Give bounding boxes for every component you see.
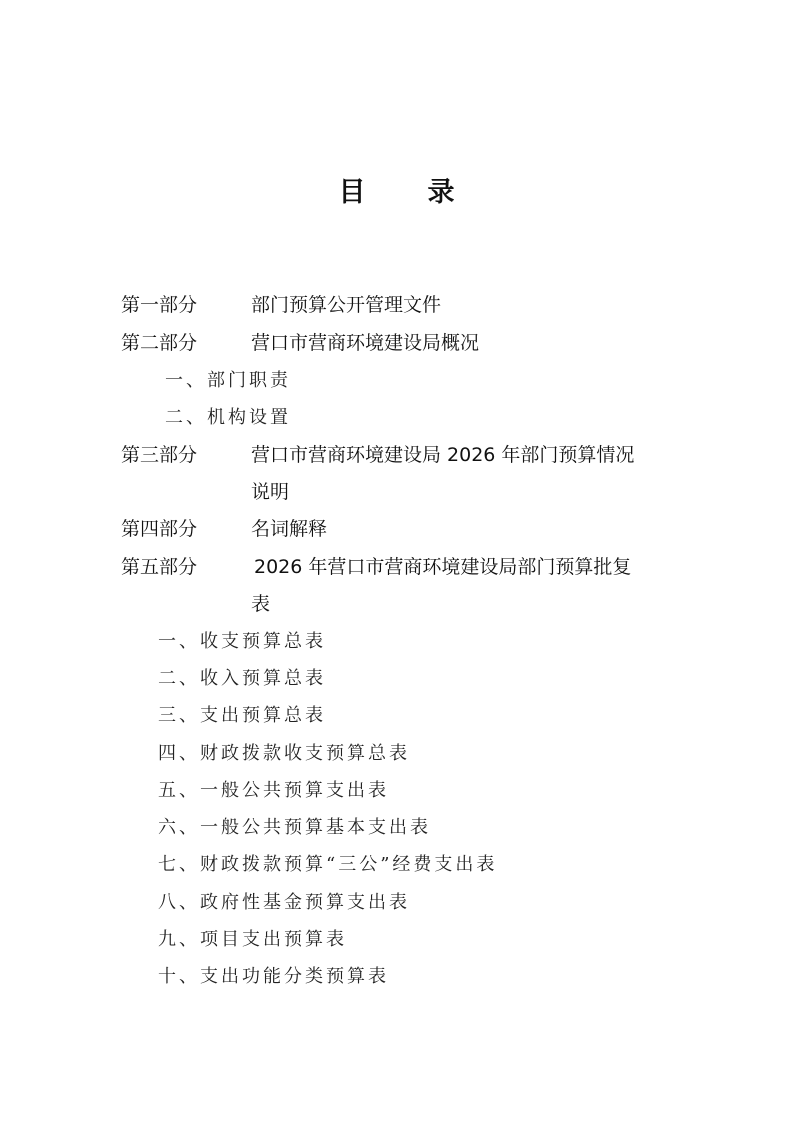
toc-subentry[interactable]: 一、部门职责 — [165, 362, 291, 399]
toc-part-label: 第二部分 — [121, 324, 251, 362]
toc-part-label: 第四部分 — [121, 510, 251, 548]
toc-part-label: 第五部分 — [121, 548, 251, 586]
toc-entry-part-5-continued[interactable]: 表 — [121, 585, 681, 623]
toc-subentry[interactable]: 三、支出预算总表 — [158, 697, 326, 734]
toc-subentry[interactable]: 一、收支预算总表 — [158, 623, 326, 660]
toc-subentry[interactable]: 四、财政拨款收支预算总表 — [158, 735, 410, 772]
toc-subentry[interactable]: 八、政府性基金预算支出表 — [158, 884, 410, 921]
toc-entry-part-4[interactable]: 第四部分名词解释 — [121, 510, 681, 548]
toc-entry-part-5[interactable]: 第五部分2026 年营口市营商环境建设局部门预算批复 — [121, 548, 684, 586]
toc-subentry[interactable]: 二、机构设置 — [165, 399, 291, 436]
toc-subentry[interactable]: 七、财政拨款预算“三公”经费支出表 — [158, 846, 497, 883]
toc-entry-part-3[interactable]: 第三部分营口市营商环境建设局 2026 年部门预算情况 — [121, 436, 681, 474]
toc-part-text-continued: 说明 — [251, 473, 681, 511]
toc-part-text-continued: 表 — [251, 585, 681, 623]
toc-subentry[interactable]: 九、项目支出预算表 — [158, 921, 347, 958]
toc-part-label: 第三部分 — [121, 436, 251, 474]
page-title: 目录 — [0, 170, 793, 209]
toc-part-text: 营口市营商环境建设局概况 — [251, 324, 681, 362]
toc-part-label: 第一部分 — [121, 286, 251, 324]
toc-entry-part-3-continued[interactable]: 说明 — [121, 473, 681, 511]
toc-entry-part-1[interactable]: 第一部分部门预算公开管理文件 — [121, 286, 681, 324]
title-char-2: 录 — [428, 170, 455, 209]
toc-part-text: 部门预算公开管理文件 — [251, 286, 681, 324]
toc-subentry[interactable]: 六、一般公共预算基本支出表 — [158, 809, 431, 846]
toc-subentry[interactable]: 十、支出功能分类预算表 — [158, 958, 389, 995]
title-char-1: 目 — [339, 170, 366, 209]
toc-subentry[interactable]: 二、收入预算总表 — [158, 660, 326, 697]
toc-entry-part-2[interactable]: 第二部分营口市营商环境建设局概况 — [121, 324, 681, 362]
toc-part-text: 营口市营商环境建设局 2026 年部门预算情况 — [251, 436, 681, 474]
toc-part-text: 2026 年营口市营商环境建设局部门预算批复 — [251, 548, 684, 586]
toc-subentry[interactable]: 五、一般公共预算支出表 — [158, 772, 389, 809]
toc-part-text: 名词解释 — [251, 510, 681, 548]
